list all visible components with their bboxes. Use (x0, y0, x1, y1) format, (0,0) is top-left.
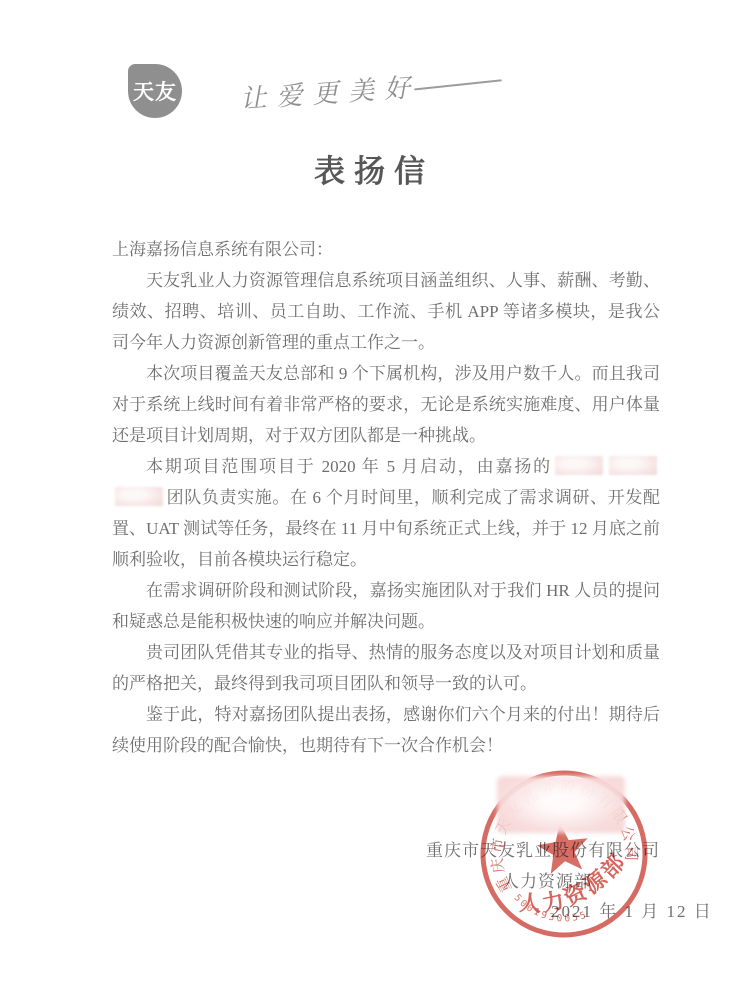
slogan-brush-stroke-icon (414, 79, 502, 90)
page-title: 表扬信 (0, 146, 748, 191)
letter-page: 天友 让爱更美好 表扬信 上海嘉扬信息系统有限公司： 天友乳业人力资源管理信息系… (0, 0, 748, 988)
logo-slogan: 让爱更美好 (239, 61, 503, 116)
paragraph-2: 本次项目覆盖天友总部和 9 个下属机构，涉及用户数千人。而且我司对于系统上线时间… (112, 358, 660, 451)
paragraph-1: 天友乳业人力资源管理信息系统项目涵盖组织、人事、薪酬、考勤、绩效、招聘、培训、员… (112, 265, 660, 358)
tianyou-logo-icon: 天友 (128, 64, 182, 118)
logo-slogan-text: 让爱更美好 (239, 73, 421, 115)
redaction-block (115, 487, 163, 506)
paragraph-3: 本期项目范围项目于 2020 年 5 月启动，由嘉扬的团队负责实施。在 6 个月… (112, 451, 660, 575)
paragraph-5: 贵司团队凭借其专业的指导、热情的服务态度以及对项目计划和质量的严格把关，最终得到… (112, 637, 660, 699)
redaction-block (555, 456, 603, 475)
paragraph-3-pre: 本期项目范围项目于 2020 年 5 月启动，由嘉扬的 (146, 457, 552, 476)
redaction-block (609, 456, 657, 475)
salutation: 上海嘉扬信息系统有限公司： (112, 234, 660, 265)
letter-body: 上海嘉扬信息系统有限公司： 天友乳业人力资源管理信息系统项目涵盖组织、人事、薪酬… (112, 234, 660, 761)
paragraph-4: 在需求调研阶段和测试阶段，嘉扬实施团队对于我们 HR 人员的提问和疑惑总是能积极… (112, 575, 660, 637)
seal-redaction-block (497, 776, 625, 833)
paragraph-3-post: 团队负责实施。在 6 个月时间里，顺利完成了需求调研、开发配置、UAT 测试等任… (112, 488, 660, 569)
paragraph-6: 鉴于此，特对嘉扬团队提出表扬，感谢你们六个月来的付出！期待后续使用阶段的配合愉快… (112, 699, 660, 761)
